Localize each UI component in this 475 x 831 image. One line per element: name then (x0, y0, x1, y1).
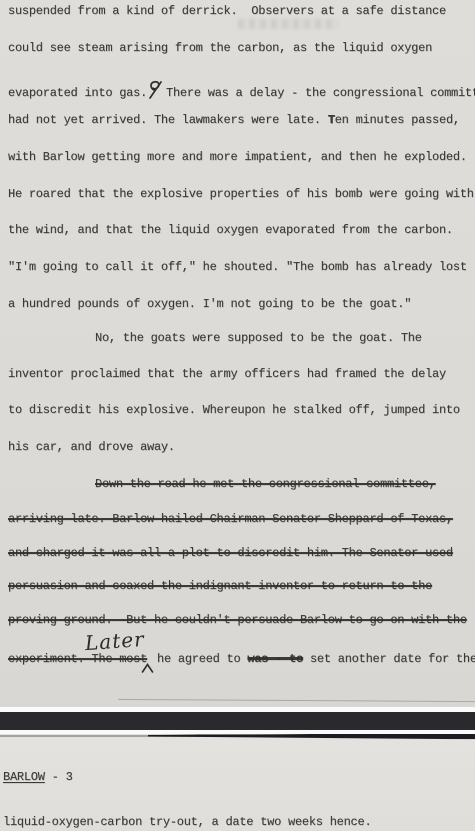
typed-line: with Barlow getting more and more impati… (8, 150, 475, 164)
typed-line: liquid-oxygen-carbon try-out, a date two… (3, 815, 475, 829)
struck-text: and charged it was all a plot to discred… (8, 546, 453, 560)
typed-line: No, the goats were supposed to be the go… (8, 331, 475, 345)
typed-text: He roared that the explosive properties … (8, 187, 474, 201)
typed-text: with Barlow getting more and more impati… (8, 150, 467, 164)
typed-line: evaporated into gas.There was a delay - … (8, 77, 475, 100)
page-1: suspended from a kind of derrick. Observ… (0, 0, 475, 707)
page-2: BARLOW - 3 liquid-oxygen-carbon try-out,… (0, 734, 475, 831)
typed-line: inventor proclaimed that the army office… (8, 367, 475, 381)
typed-text: evaporated into gas. (8, 86, 147, 100)
typed-text: "I'm going to call it off," he shouted. … (8, 260, 467, 274)
bleed-through-smudge (238, 19, 338, 29)
typed-line: suspended from a kind of derrick. Observ… (8, 4, 475, 18)
struck-text: was - to (247, 652, 303, 666)
typed-line: the wind, and that the liquid oxygen eva… (8, 223, 475, 237)
struck-text: persuasion and coaxed the indignant inve… (8, 579, 432, 593)
overstruck-letter: T (328, 113, 335, 127)
struck-line: and charged it was all a plot to discred… (8, 546, 475, 560)
typed-text: he agreed to (157, 652, 247, 666)
paragraph-mark-icon (148, 80, 163, 99)
typed-text: the wind, and that the liquid oxygen eva… (8, 223, 453, 237)
separator-band (0, 712, 475, 730)
struck-text: proving ground. But he couldn't persuade… (8, 613, 467, 627)
typed-line: He roared that the explosive properties … (8, 187, 475, 201)
page-bottom-edge (118, 699, 475, 702)
typed-text: suspended from a kind of derrick. Observ… (8, 4, 446, 18)
page-header: BARLOW - 3 (3, 770, 475, 784)
struck-line: Down the road he met the congressional c… (8, 477, 475, 491)
struck-line: arriving late. Barlow hailed Chairman Se… (8, 512, 475, 526)
document-scan: suspended from a kind of derrick. Observ… (0, 0, 475, 831)
typed-line: could see steam arising from the carbon,… (8, 41, 475, 55)
typed-line: his car, and drove away. (8, 440, 475, 454)
typed-text: liquid-oxygen-carbon try-out, a date two… (3, 815, 371, 829)
insertion-point: Later (147, 650, 157, 662)
typed-text: a hundred pounds of oxygen. I'm not goin… (8, 297, 411, 311)
struck-line: proving ground. But he couldn't persuade… (8, 613, 475, 627)
edited-line: experiment. The mostLaterhe agreed to wa… (8, 650, 475, 666)
typed-text: to discredit his explosive. Whereupon he… (8, 403, 460, 417)
typed-text: en minutes passed, (335, 113, 460, 127)
page-header-title: BARLOW (3, 770, 45, 784)
typed-line: to discredit his explosive. Whereupon he… (8, 403, 475, 417)
typed-text: had not yet arrived. The lawmakers were … (8, 113, 328, 127)
typed-text: his car, and drove away. (8, 440, 175, 454)
typed-text: No, the goats were supposed to be the go… (95, 331, 422, 345)
page-top-shadow-wedge (148, 734, 475, 741)
typed-line: a hundred pounds of oxygen. I'm not goin… (8, 297, 475, 311)
page-header-number: - 3 (45, 770, 73, 784)
typed-line: "I'm going to call it off," he shouted. … (8, 260, 475, 274)
typed-line: had not yet arrived. The lawmakers were … (8, 113, 475, 127)
typed-text: There was a delay - the congressional co… (166, 86, 475, 100)
typed-text: set another date for the (303, 652, 475, 666)
struck-text: arriving late. Barlow hailed Chairman Se… (8, 512, 453, 526)
typed-text: inventor proclaimed that the army office… (8, 367, 446, 381)
struck-line: persuasion and coaxed the indignant inve… (8, 579, 475, 593)
caret-icon (141, 663, 154, 673)
struck-text: Down the road he met the congressional c… (95, 477, 436, 491)
typed-text: could see steam arising from the carbon,… (8, 41, 432, 55)
handwritten-insertion: Later (84, 627, 145, 655)
struck-text: experiment. The most (8, 652, 147, 666)
